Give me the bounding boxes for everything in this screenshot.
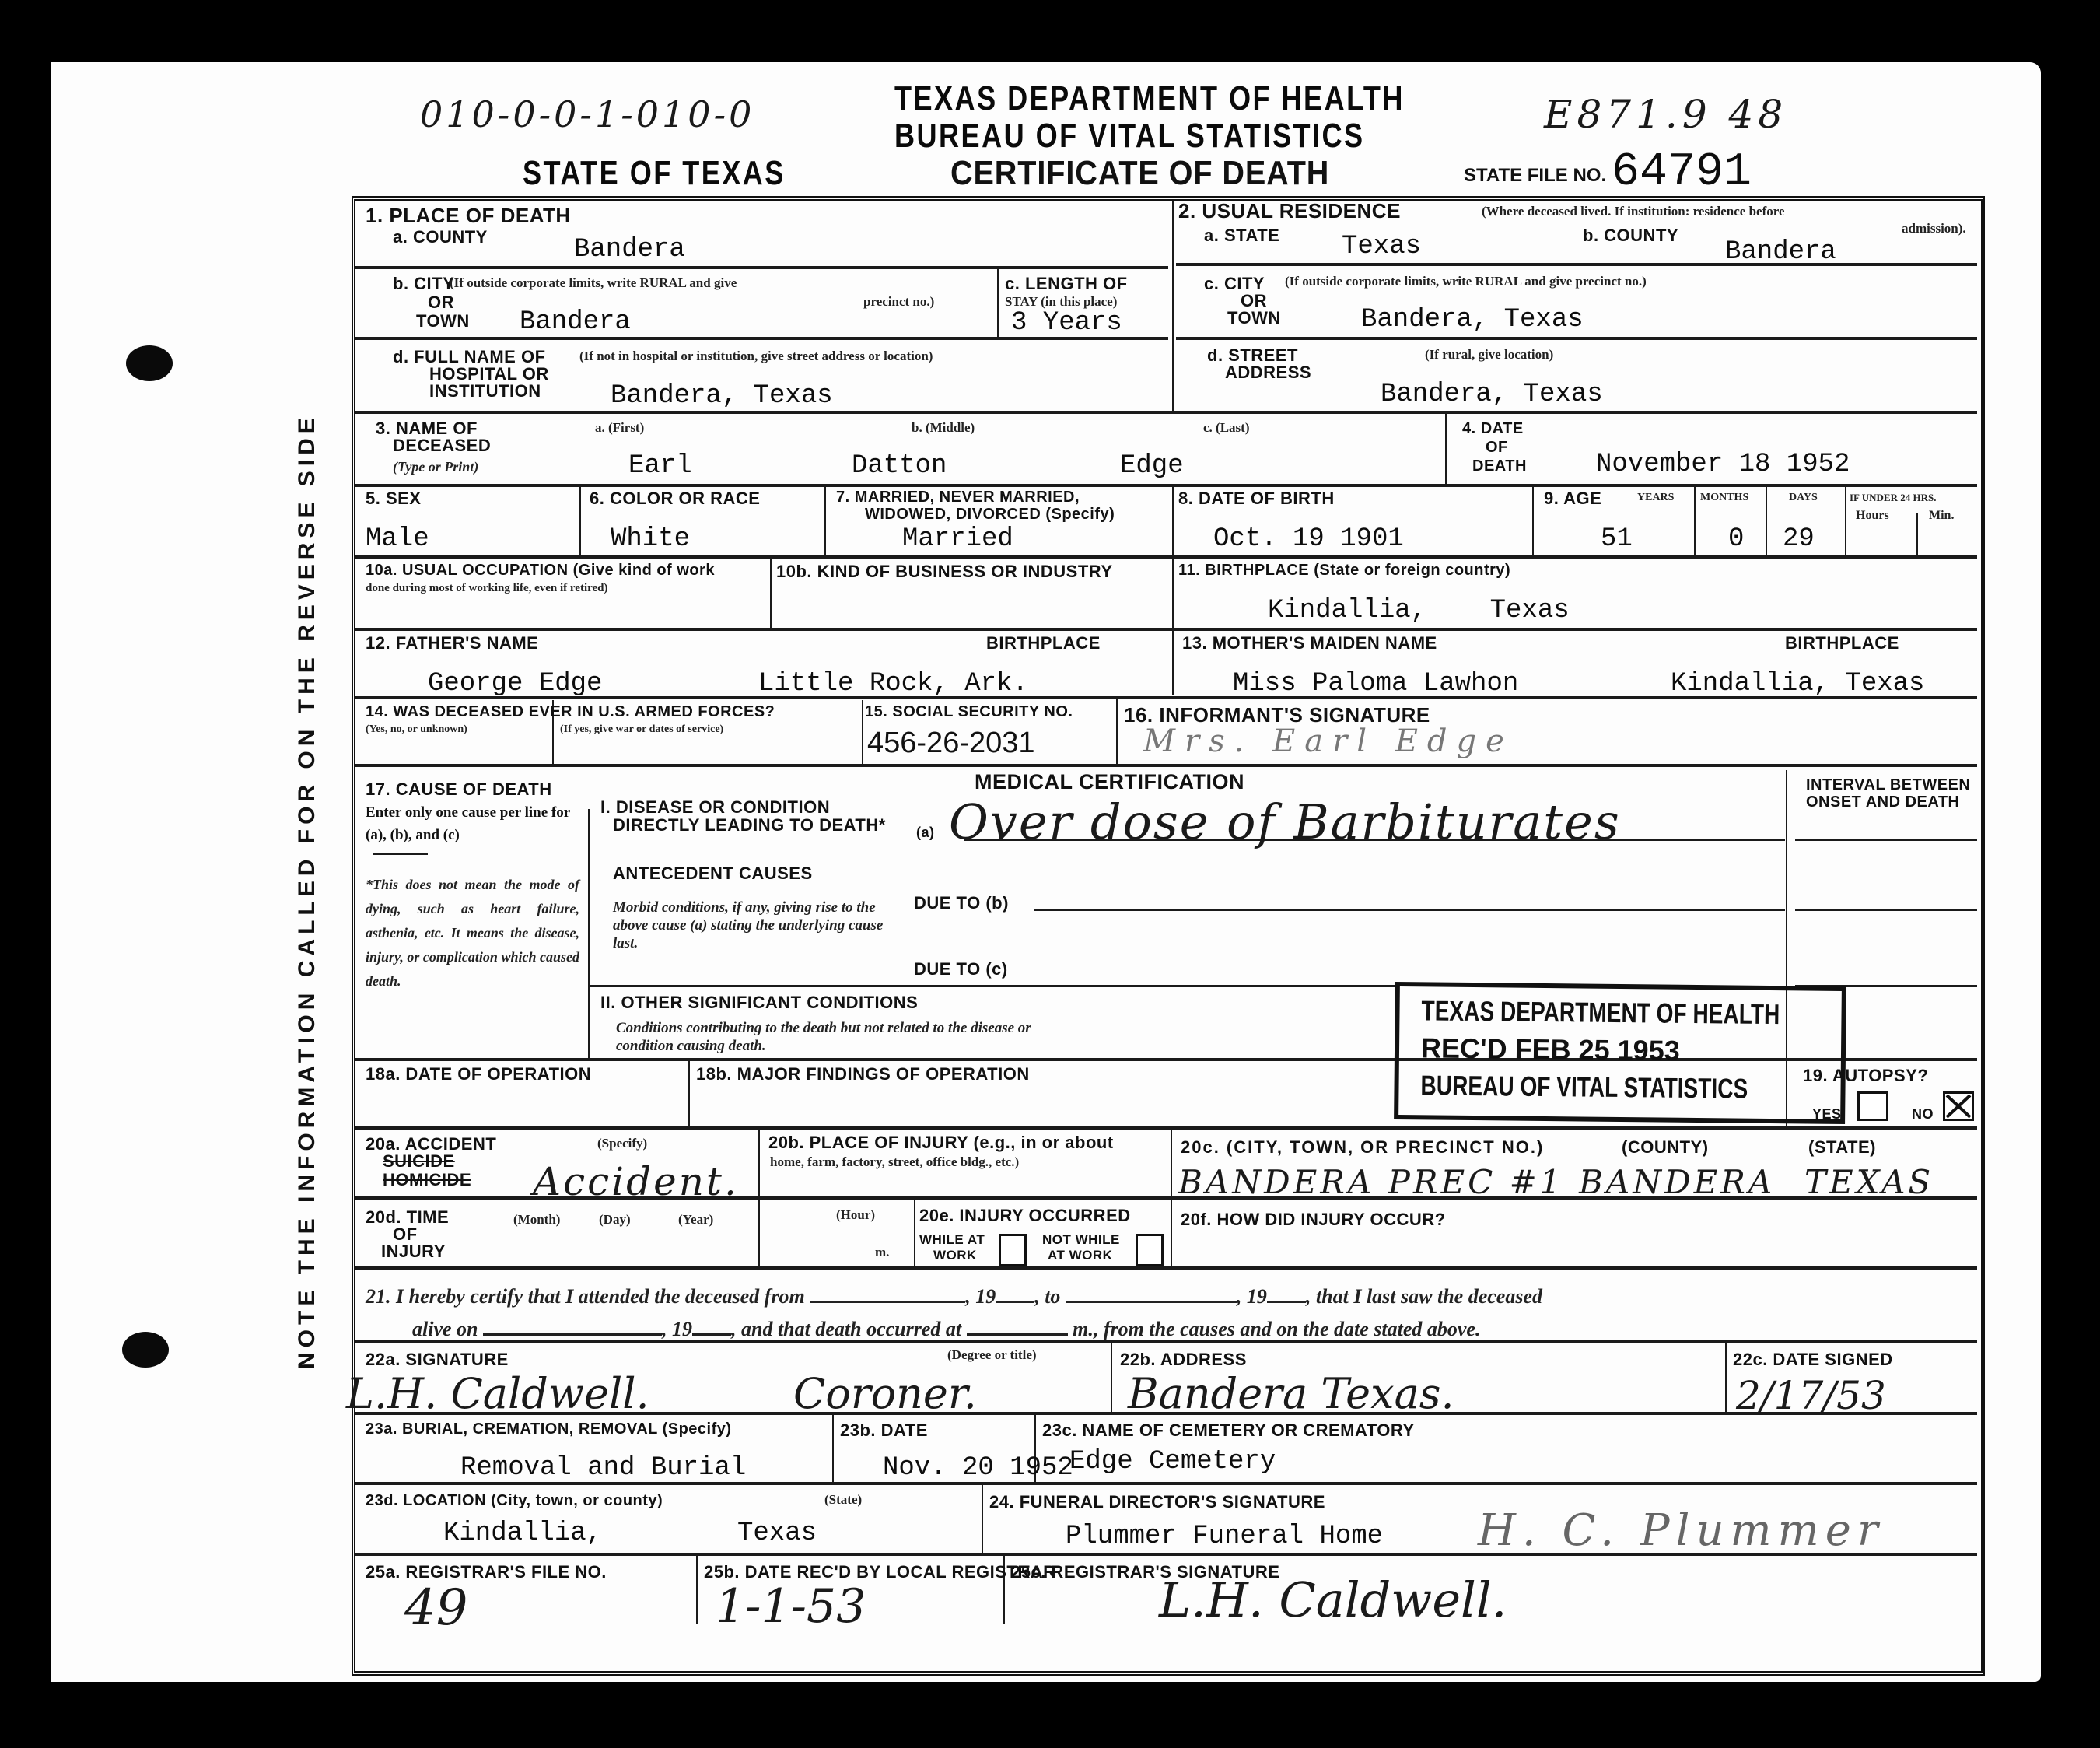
signature-label: 22a. SIGNATURE [366,1350,509,1370]
interval-label-2: ONSET AND DEATH [1806,793,1960,811]
father-birthplace-field[interactable]: Little Rock, Ark. [758,669,1028,699]
registrar-signature: L.H. Caldwell. [1159,1571,1507,1628]
residence-state-label: a. STATE [1204,226,1279,246]
length-of-stay-label: c. LENGTH OF [1005,274,1128,294]
residence-city-field[interactable]: Bandera, Texas [1361,305,1584,335]
date-of-birth-field[interactable]: Oct. 19 1901 [1213,524,1404,554]
injury-month-label: (Month) [513,1212,560,1228]
date-of-birth-label: 8. DATE OF BIRTH [1178,489,1335,509]
injury-time-label-3: INJURY [381,1242,446,1262]
birthplace-label: 11. BIRTHPLACE (State or foreign country… [1178,562,1510,580]
county-label: a. COUNTY [393,227,488,247]
age-label: 9. AGE [1544,489,1601,509]
burial-type-field[interactable]: Removal and Burial [460,1453,746,1483]
father-birthplace-label: BIRTHPLACE [986,633,1101,653]
date-of-death-label: 4. DATE [1462,420,1524,438]
armed-forces-hint-2: (If yes, give war or dates of service) [560,723,723,736]
mother-name-label: 13. MOTHER'S MAIDEN NAME [1182,633,1437,653]
date-signed-field[interactable]: 2/17/53 [1736,1373,1886,1418]
not-while-at-work-checkbox[interactable] [1136,1234,1164,1266]
occupation-label: 10a. USUAL OCCUPATION (Give kind of work [366,562,715,580]
disease-condition-label-2: DIRECTLY LEADING TO DEATH* [613,815,886,835]
burial-type-label: 23a. BURIAL, CREMATION, REMOVAL (Specify… [366,1420,732,1438]
interval-label: INTERVAL BETWEEN [1806,776,1970,794]
injury-type-specify: (Specify) [597,1136,647,1151]
deceased-name-label-3: (Type or Print) [393,459,478,475]
cause-instructions: Enter only one cause per line for (a), (… [366,801,579,846]
marital-status-label: 7. MARRIED, NEVER MARRIED, [836,489,1080,506]
certification-line-2: alive on , 19, and that death occurred a… [412,1318,1480,1341]
burial-state-field[interactable]: Texas [737,1519,817,1548]
middle-name-field[interactable]: Datton [852,451,947,481]
how-injury-label: 20f. HOW DID INJURY OCCUR? [1181,1210,1446,1230]
burial-state-label: (State) [824,1492,862,1508]
residence-county-label: b. COUNTY [1583,226,1678,246]
antecedent-causes-label: ANTECEDENT CAUSES [613,863,813,884]
cause-a-field[interactable]: Over dose of Barbiturates [949,793,1621,850]
race-field[interactable]: White [611,524,690,554]
father-name-field[interactable]: George Edge [428,669,602,699]
informant-signature: Mrs. Earl Edge [1143,723,1514,759]
residence-county-field[interactable]: Bandera [1725,237,1836,267]
certification-line-1: 21. I hereby certify that I attended the… [366,1285,1542,1308]
residence-street-label-2: ADDRESS [1225,363,1311,383]
age-years-field[interactable]: 51 [1601,524,1633,554]
city-hint: (If outside corporate limits, write RURA… [450,275,737,291]
cemetery-field[interactable]: Edge Cemetery [1069,1447,1276,1477]
funeral-director-signature: H. C. Plummer [1478,1505,1885,1556]
deceased-name-label-2: DECEASED [393,436,491,456]
injury-county-field[interactable]: BANDERA [1579,1163,1775,1201]
cause-a-marker: (a) [916,825,935,841]
armed-forces-label: 14. WAS DECEASED EVER IN U.S. ARMED FORC… [366,703,775,721]
medical-certification-heading: MEDICAL CERTIFICATION [975,770,1244,794]
usual-residence-hint-2: admission). [1902,221,1966,236]
injury-year-label: (Year) [678,1212,713,1228]
city-hint-2: precinct no.) [863,294,934,310]
funeral-director-field[interactable]: Plummer Funeral Home [1066,1522,1383,1551]
registrar-file-field[interactable]: 49 [404,1579,467,1637]
residence-city-town: TOWN [1227,308,1281,328]
cause-of-death-label: 17. CAUSE OF DEATH [366,779,552,800]
age-years-label: YEARS [1637,492,1674,504]
while-at-work-checkbox[interactable] [999,1234,1027,1266]
document-title: CERTIFICATE OF DEATH [950,154,1329,193]
length-of-stay-field[interactable]: 3 Years [1011,308,1122,338]
date-signed-label: 22c. DATE SIGNED [1733,1350,1893,1370]
injury-location-label: 20c. (CITY, TOWN, OR PRECINCT NO.) [1181,1137,1544,1158]
at-work-label: WHILE AT [919,1232,985,1248]
due-to-b-label: DUE TO (b) [914,893,1009,913]
hours-label: Hours [1856,509,1889,523]
marital-status-label-2: WIDOWED, DIVORCED (Specify) [865,506,1115,524]
marital-status-field[interactable]: Married [902,524,1013,554]
certifier-address-field[interactable]: Bandera Texas. [1128,1369,1454,1418]
degree-label: (Degree or title) [947,1347,1037,1363]
age-months-field[interactable]: 0 [1728,524,1744,554]
usual-residence-heading: 2. USUAL RESIDENCE [1178,199,1401,223]
hospital-label-3: INSTITUTION [429,381,541,401]
injury-type-field[interactable]: Accident. [533,1159,739,1204]
burial-location-label: 23d. LOCATION (City, town, or county) [366,1492,663,1510]
autopsy-no-label: NO [1912,1106,1934,1123]
injury-type-homicide: HOMICIDE [383,1170,471,1190]
race-label: 6. COLOR OR RACE [590,489,760,509]
address-label: 22b. ADDRESS [1120,1350,1247,1370]
city-label-or: OR [428,293,454,313]
injury-day-label: (Day) [599,1212,631,1228]
mother-birthplace-field[interactable]: Kindallia, Texas [1671,669,1924,699]
margin-note: NOTE THE INFORMATION CALLED FOR ON THE R… [294,413,320,1369]
date-of-death-label-3: DEATH [1472,457,1527,475]
certifier-title-field[interactable]: Coroner. [793,1369,977,1418]
operation-findings-label: 18b. MAJOR FINDINGS OF OPERATION [696,1064,1030,1084]
death-county-field[interactable]: Bandera [574,235,685,264]
residence-street-field[interactable]: Bandera, Texas [1381,380,1603,409]
hole-punch-top [126,345,173,381]
minutes-label: Min. [1929,509,1954,523]
state-file-label: STATE FILE NO. [1464,165,1606,187]
last-name-label: c. (Last) [1203,420,1249,436]
last-name-field[interactable]: Edge [1120,451,1184,481]
date-received-field[interactable]: 1-1-53 [716,1579,866,1634]
other-conditions-note: Conditions contributing to the death but… [616,1019,1052,1055]
sex-field[interactable]: Male [366,524,429,554]
operation-date-label: 18a. DATE OF OPERATION [366,1064,591,1084]
autopsy-no-checkbox[interactable] [1943,1091,1974,1121]
age-months-label: MONTHS [1700,492,1748,504]
under-24-hours-label: IF UNDER 24 HRS. [1850,492,1936,504]
age-days-label: DAYS [1789,492,1818,504]
cemetery-label: 23c. NAME OF CEMETERY OR CREMATORY [1042,1420,1415,1441]
dept-line1: TEXAS DEPARTMENT OF HEALTH [894,79,1405,118]
injury-state-field[interactable]: TEXAS [1804,1163,1934,1201]
injury-state-label: (STATE) [1808,1137,1876,1158]
due-to-c-label: DUE TO (c) [914,959,1008,979]
stamp-line3: BUREAU OF VITAL STATISTICS [1420,1069,1748,1105]
injury-place-hint: home, farm, factory, street, office bldg… [770,1154,1019,1170]
funeral-director-label: 24. FUNERAL DIRECTOR'S SIGNATURE [989,1492,1325,1512]
usual-residence-hint: (Where deceased lived. If institution: r… [1482,204,1785,219]
injury-location-field[interactable]: BANDERA PREC #1 [1178,1163,1564,1201]
stamp-line2: REC'D FEB 25 1953 [1421,1032,1680,1067]
burial-date-label: 23b. DATE [840,1420,928,1441]
first-name-field[interactable]: Earl [628,451,692,481]
length-of-stay-label-2: STAY (in this place) [1005,294,1117,310]
antecedent-note: Morbid conditions, if any, giving rise t… [613,899,908,952]
at-work-label-2: WORK [933,1248,977,1263]
handwritten-reference: E871.9 48 [1544,92,1787,137]
residence-city-hint: (If outside corporate limits, write RURA… [1285,274,1647,289]
date-of-death-label-2: OF [1486,439,1508,457]
dept-line2: BUREAU OF VITAL STATISTICS [894,117,1364,156]
birthplace-field[interactable]: Kindallia, Texas [1268,596,1570,625]
hole-punch-bottom [122,1332,169,1368]
other-conditions-label: II. OTHER SIGNIFICANT CONDITIONS [600,993,918,1013]
injury-m-label: m. [875,1245,889,1260]
occupation-hint: done during most of working life, even i… [366,582,608,595]
autopsy-yes-checkbox[interactable] [1857,1091,1888,1121]
sex-label: 5. SEX [366,489,421,509]
age-days-field[interactable]: 29 [1783,524,1815,554]
burial-location-field[interactable]: Kindallia, [443,1519,602,1548]
death-city-field[interactable]: Bandera [520,307,631,337]
burial-date-field[interactable]: Nov. 20 1952 [883,1453,1073,1483]
date-of-death-field[interactable]: November 18 1952 [1596,450,1850,479]
cause-note: *This does not mean the mode of dying, s… [366,873,579,993]
city-label-town: TOWN [416,311,470,331]
mother-name-field[interactable]: Miss Paloma Lawhon [1233,669,1518,699]
father-name-label: 12. FATHER'S NAME [366,633,538,653]
injury-occurred-label: 20e. INJURY OCCURRED [919,1206,1131,1226]
first-name-label: a. (First) [595,420,644,436]
industry-label: 10b. KIND OF BUSINESS OR INDUSTRY [776,562,1113,582]
residence-state-field[interactable]: Texas [1342,232,1421,261]
not-at-work-label-2: AT WORK [1048,1248,1112,1263]
stamp-line1: TEXAS DEPARTMENT OF HEALTH [1421,994,1780,1031]
state-file-number: 64791 [1612,146,1752,199]
injury-type-suicide: SUICIDE [383,1151,455,1172]
city-label: b. CITY [393,274,454,294]
residence-street-hint: (If rural, give location) [1425,347,1553,363]
mother-birthplace-label: BIRTHPLACE [1785,633,1899,653]
place-of-death-heading: 1. PLACE OF DEATH [366,204,571,228]
ssn-label: 15. SOCIAL SECURITY NO. [865,703,1073,721]
received-stamp: TEXAS DEPARTMENT OF HEALTH REC'D FEB 25 … [1394,982,1846,1124]
certifier-signature: L.H. Caldwell. [346,1369,649,1418]
handwritten-code: 010-0-0-1-010-0 [420,93,754,135]
not-at-work-label: NOT WHILE [1042,1232,1120,1248]
checkmark-x-icon [1945,1094,1972,1119]
injury-place-label: 20b. PLACE OF INJURY (e.g., in or about [768,1133,1114,1153]
armed-forces-hint: (Yes, no, or unknown) [366,723,467,736]
injury-county-label: (COUNTY) [1622,1137,1709,1158]
middle-name-label: b. (Middle) [912,420,975,436]
injury-hour-label: (Hour) [836,1207,875,1223]
state-title: STATE OF TEXAS [523,154,786,193]
hospital-field[interactable]: Bandera, Texas [611,381,833,411]
ssn-field[interactable]: 456-26-2031 [867,727,1035,760]
registrar-file-label: 25a. REGISTRAR'S FILE NO. [366,1562,607,1582]
hospital-hint: (If not in hospital or institution, give… [579,349,933,364]
